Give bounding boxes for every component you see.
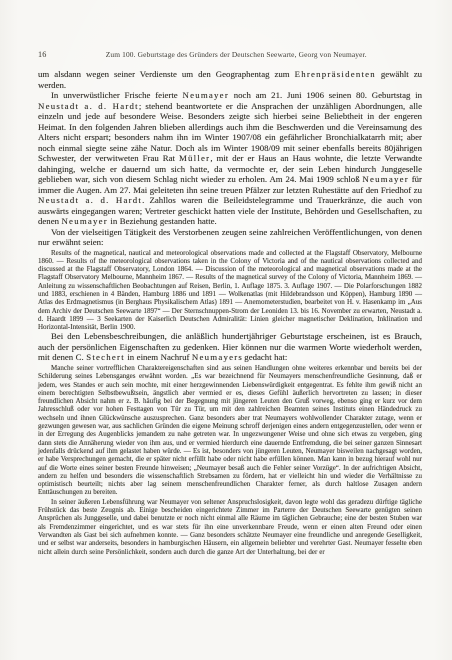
page-header: 16 Zum 100. Geburtstage des Gründers der… [38, 50, 422, 59]
running-title: Zum 100. Geburtstage des Gründers der De… [68, 50, 422, 59]
paragraph: Bei den Lebensbeschreibungen, die anläßl… [38, 331, 422, 363]
paragraph: um alsdann wegen seiner Verdienste um de… [38, 69, 422, 90]
paragraph: Results of the magnetical, nautical and … [38, 249, 422, 332]
paragraph: In seiner äußeren Lebensführung war Neum… [38, 498, 422, 556]
paragraph: Von der vielseitigen Tätigkeit des Verst… [38, 227, 422, 248]
text-block: um alsdann wegen seiner Verdienste um de… [38, 69, 422, 556]
scanned-book-page: 16 Zum 100. Geburtstage des Gründers der… [0, 0, 452, 660]
paragraph: In unverwüstlicher Frische feierte Neuma… [38, 90, 422, 227]
page-number: 16 [38, 50, 46, 59]
paragraph: Manche seiner vortrefflichen Charakterei… [38, 364, 422, 497]
